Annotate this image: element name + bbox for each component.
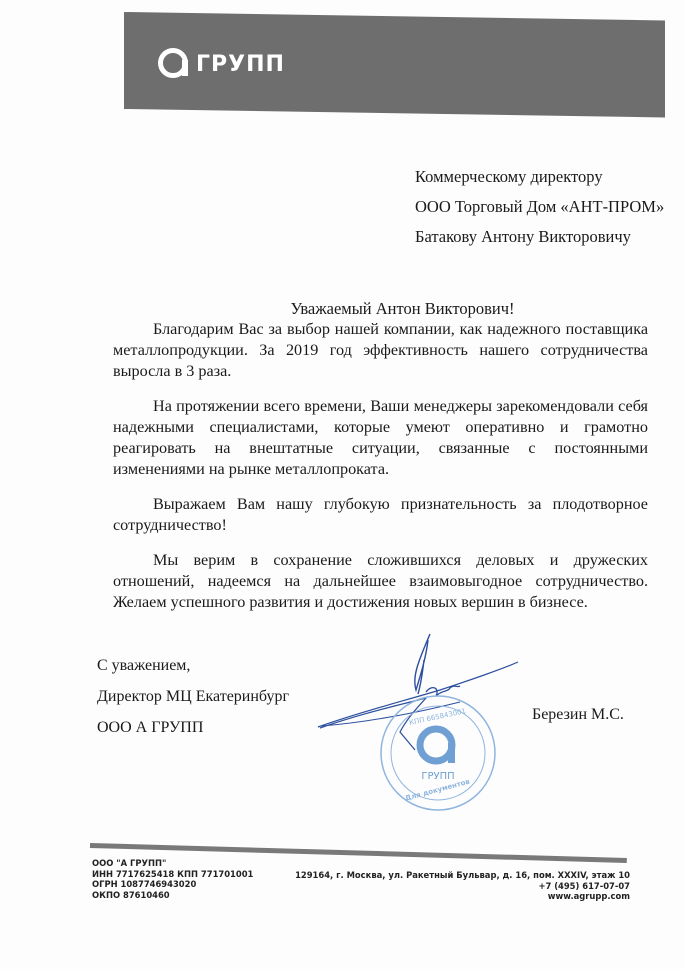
letter-body: Благодарим Вас за выбор нашей компании, … bbox=[113, 319, 648, 627]
recipient-position: Коммерческому директору bbox=[415, 162, 664, 192]
signoff-closing: С уважением, bbox=[97, 650, 289, 681]
letter-paragraph: Благодарим Вас за выбор нашей компании, … bbox=[113, 319, 648, 382]
recipient-block: Коммерческому директору ООО Торговый Дом… bbox=[415, 162, 664, 252]
signer-name: Березин М.С. bbox=[532, 706, 624, 724]
letter-paragraph: Выражаем Вам нашу глубокую признательнос… bbox=[113, 494, 648, 536]
footer-address: 129164, г. Москва, ул. Ракетный Бульвар,… bbox=[295, 870, 630, 881]
footer-website: www.agrupp.com bbox=[295, 891, 630, 902]
letter-page: ГРУПП Коммерческому директору ООО Торгов… bbox=[0, 0, 685, 969]
letter-paragraph: Мы верим в сохранение сложившихся деловы… bbox=[113, 550, 648, 613]
logo-text: ГРУПП bbox=[196, 52, 285, 77]
footer-phone: +7 (495) 617-07-07 bbox=[295, 881, 630, 892]
footer-company-name: ООО "А ГРУПП" bbox=[92, 858, 253, 869]
svg-text:КПП 665843001: КПП 665843001 bbox=[408, 707, 466, 727]
company-stamp-icon: ГРУПП КПП 665843001 Для документов bbox=[378, 693, 498, 813]
footer-company-details: ООО "А ГРУПП" ИНН 7717625418 КПП 7717010… bbox=[92, 858, 253, 900]
footer-okpo: ОКПО 87610460 bbox=[92, 890, 253, 901]
svg-text:ГРУПП: ГРУПП bbox=[421, 771, 454, 782]
signoff-company: ООО А ГРУПП bbox=[97, 712, 289, 743]
company-logo: ГРУПП bbox=[158, 46, 285, 77]
a-logo-icon bbox=[158, 48, 188, 76]
footer-contacts: 129164, г. Москва, ул. Ракетный Бульвар,… bbox=[295, 870, 630, 902]
footer-ogrn: ОГРН 1087746943020 bbox=[92, 879, 253, 890]
letter-paragraph: На протяжении всего времени, Ваши менедж… bbox=[113, 396, 648, 480]
footer-inn-kpp: ИНН 7717625418 КПП 771701001 bbox=[92, 869, 253, 880]
recipient-name: Батакову Антону Викторовичу bbox=[415, 222, 664, 252]
signoff-position: Директор МЦ Екатеринбург bbox=[97, 681, 289, 712]
recipient-company: ООО Торговый Дом «АНТ-ПРОМ» bbox=[415, 192, 664, 222]
signoff-block: С уважением, Директор МЦ Екатеринбург ОО… bbox=[97, 650, 289, 743]
letter-greeting: Уважаемый Антон Викторович! bbox=[0, 299, 685, 319]
